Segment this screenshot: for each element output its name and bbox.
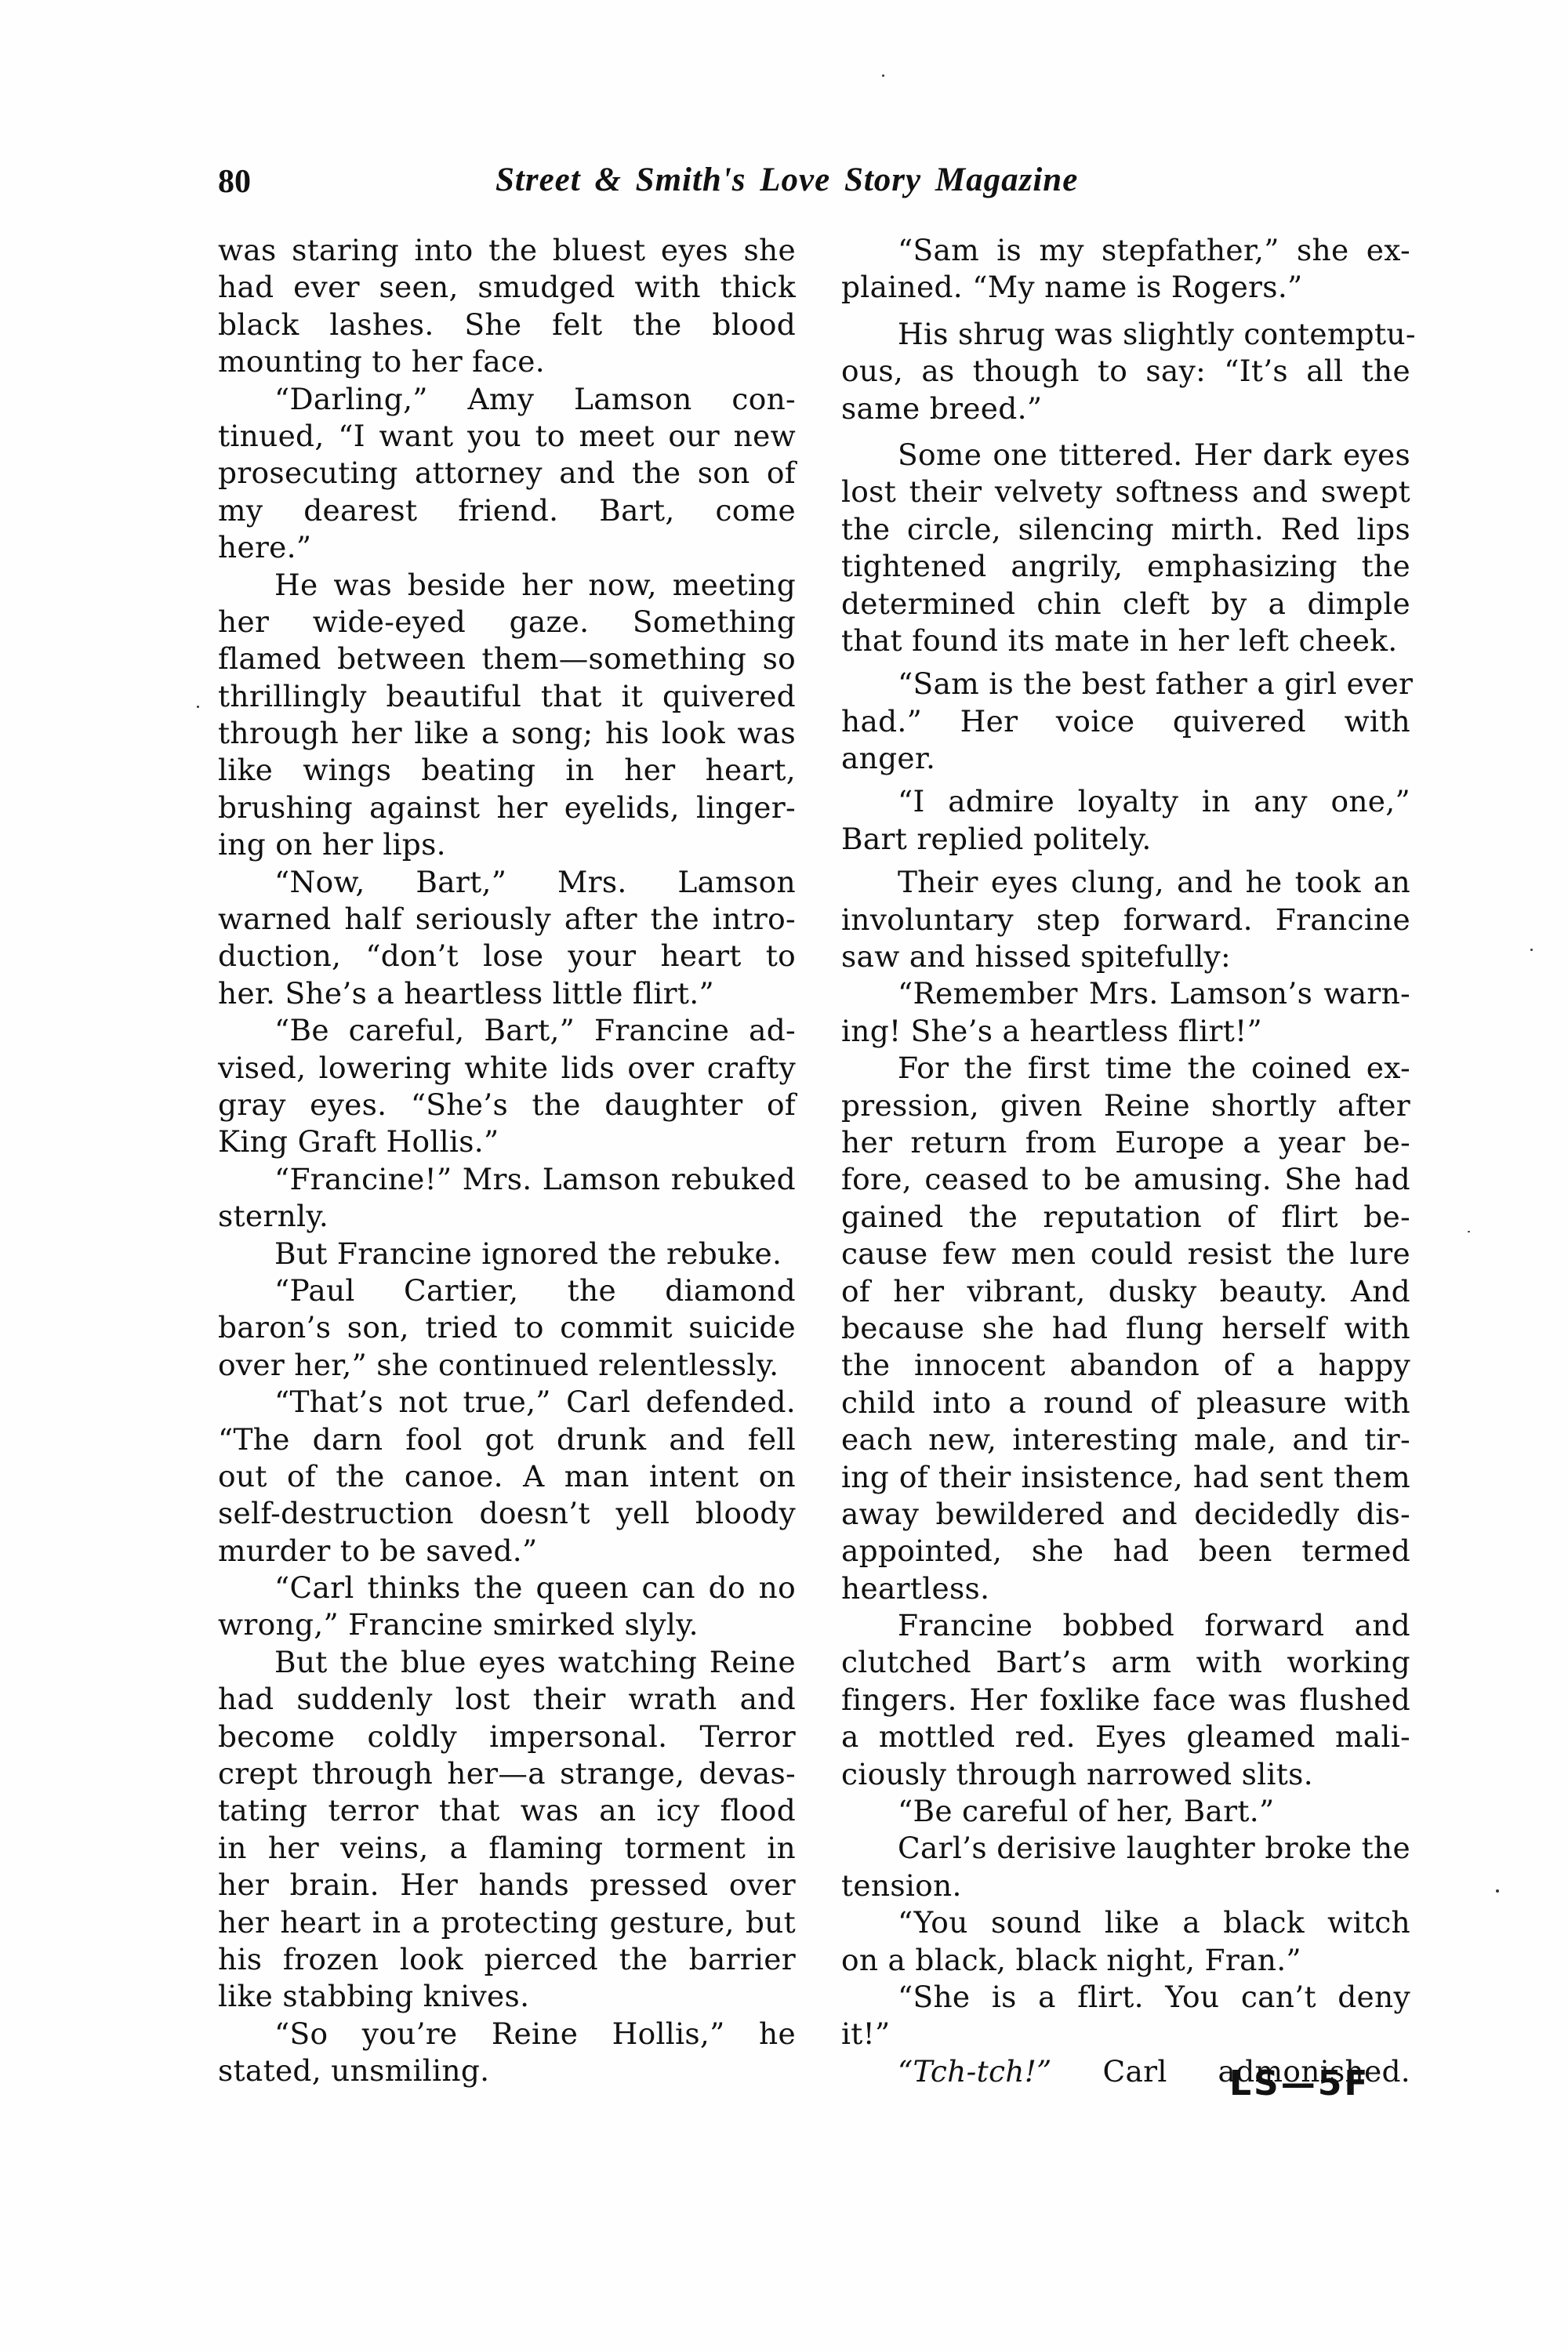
text-line: thrillingly beautiful that it quivered — [218, 678, 796, 715]
paragraph: But Francine ignored the rebuke. — [218, 1236, 796, 1272]
text-line: But the blue eyes watching Reine — [218, 1644, 796, 1681]
scan-speck — [1468, 1231, 1470, 1232]
text-line: my dearest friend. Bart, come — [218, 492, 796, 529]
text-line: “Darling,” Amy Lamson con- — [218, 381, 796, 418]
paragraph: “You sound like a black witch on a black… — [841, 1904, 1410, 1979]
paragraph: But the blue eyes watching Reine had sud… — [218, 1644, 796, 2016]
text-line: in her veins, a flaming torment in — [218, 1830, 796, 1867]
paragraph: “Paul Cartier, the diamond baron’s son, … — [218, 1272, 796, 1384]
text-line: “So you’re Reine Hollis,” he — [218, 2016, 796, 2053]
paragraph: “Francine!” Mrs. Lamson rebuked sternly. — [218, 1161, 796, 1236]
text-line: Carl’s derisive laughter broke the — [841, 1830, 1410, 1867]
text-line: mounting to her face. — [218, 343, 796, 380]
text-line: her return from Europe a year be- — [841, 1124, 1410, 1161]
scan-speck — [1496, 1889, 1499, 1893]
text-line: Some one tittered. Her dark eyes — [841, 437, 1410, 474]
text-line: become coldly impersonal. Terror — [218, 1719, 796, 1755]
left-column: was staring into the bluest eyes she had… — [218, 232, 796, 2090]
text-line: warned half seriously after the intro- — [218, 901, 796, 938]
paragraph: “I admire loyalty in any one,” Bart repl… — [841, 783, 1410, 858]
text-line: the circle, silencing mirth. Red lips — [841, 511, 1410, 548]
text-line: murder to be saved.” — [218, 1533, 796, 1570]
text-line: vised, lowering white lids over crafty — [218, 1050, 796, 1087]
text-line: “You sound like a black witch — [841, 1904, 1410, 1941]
text-line: on a black, black night, Fran.” — [841, 1942, 1410, 1979]
italic-exclamation: “Tch-tch!” — [898, 2054, 1052, 2089]
text-line: “Sam is my stepfather,” she ex- — [841, 232, 1410, 269]
paragraph: “So you’re Reine Hollis,” he stated, uns… — [218, 2016, 796, 2090]
text-line: brushing against her eyelids, linger- — [218, 789, 796, 826]
text-line: pression, given Reine shortly after — [841, 1087, 1410, 1124]
text-line: was staring into the bluest eyes she — [218, 232, 796, 269]
text-line: “Carl thinks the queen can do no — [218, 1570, 796, 1606]
text-line: prosecuting attorney and the son of — [218, 455, 796, 492]
text-line: “Be careful of her, Bart.” — [841, 1793, 1410, 1830]
text-line: anger. — [841, 740, 1410, 777]
text-line: a mottled red. Eyes gleamed mali- — [841, 1719, 1410, 1755]
text-line: had suddenly lost their wrath and — [218, 1681, 796, 1718]
paragraph: “That’s not true,” Carl defended. “The d… — [218, 1384, 796, 1570]
text-line: of her vibrant, dusky beauty. And — [841, 1273, 1410, 1310]
text-line: heartless. — [841, 1570, 1410, 1607]
text-line: King Graft Hollis.” — [218, 1123, 796, 1160]
paragraph: “Sam is the best father a girl ever had.… — [841, 666, 1410, 777]
paragraph: “Sam is my stepfather,” she ex- plained.… — [841, 232, 1410, 307]
text-line: He was beside her now, meeting — [218, 567, 796, 604]
text-line: her brain. Her hands pressed over — [218, 1867, 796, 1904]
signature-mark: LS—5F — [1229, 2067, 1370, 2101]
scan-speck — [1530, 949, 1533, 951]
text-line: “Now, Bart,” Mrs. Lamson — [218, 864, 796, 901]
paragraph: “Be careful of her, Bart.” — [841, 1793, 1410, 1830]
text-line: involuntary step forward. Francine — [841, 902, 1410, 938]
text-line: “Be careful, Bart,” Francine ad- — [218, 1012, 796, 1049]
text-line: cause few men could resist the lure — [841, 1236, 1410, 1272]
paragraph: For the first time the coined ex- pressi… — [841, 1050, 1410, 1607]
paragraph: Their eyes clung, and he took an involun… — [841, 864, 1410, 975]
text-line: saw and hissed spitefully: — [841, 938, 1410, 975]
paragraph: was staring into the bluest eyes she had… — [218, 232, 796, 381]
text-line: Their eyes clung, and he took an — [841, 864, 1410, 901]
text-line: Bart replied politely. — [841, 821, 1410, 858]
text-line: “Remember Mrs. Lamson’s warn- — [841, 975, 1410, 1012]
text-line: tating terror that was an icy flood — [218, 1792, 796, 1829]
text-line: here.” — [218, 529, 796, 566]
text-line: over her,” she continued relentlessly. — [218, 1347, 796, 1384]
text-line: ous, as though to say: “It’s all the — [841, 353, 1410, 390]
page-number: 80 — [218, 163, 251, 201]
text-line: same breed.” — [841, 390, 1410, 427]
text-line: Francine bobbed forward and — [841, 1607, 1410, 1644]
scan-speck — [197, 706, 199, 708]
text-line: black lashes. She felt the blood — [218, 307, 796, 343]
paragraph: “Darling,” Amy Lamson con- tinued, “I wa… — [218, 381, 796, 567]
text-line: “She is a flirt. You can’t deny — [841, 1979, 1410, 2016]
text-line: duction, “don’t lose your heart to — [218, 938, 796, 975]
text-line: gray eyes. “She’s the daughter of — [218, 1087, 796, 1123]
text-line: like wings beating in her heart, — [218, 752, 796, 789]
text-line: tension. — [841, 1867, 1410, 1904]
paragraph: “Remember Mrs. Lamson’s warn- ing! She’s… — [841, 975, 1410, 1050]
magazine-page: 80 Street & Smith's Love Story Magazine … — [0, 0, 1568, 2352]
text-line: plained. “My name is Rogers.” — [841, 269, 1410, 306]
text-line: tightened angrily, emphasizing the — [841, 548, 1410, 585]
paragraph: “She is a flirt. You can’t deny it!” — [841, 1979, 1410, 2053]
text-line: away bewildered and decidedly dis- — [841, 1496, 1410, 1533]
text-line: “I admire loyalty in any one,” — [841, 783, 1410, 820]
paragraph: Carl’s derisive laughter broke the tensi… — [841, 1830, 1410, 1904]
paragraph: He was beside her now, meeting her wide-… — [218, 567, 796, 864]
paragraph: His shrug was slightly contemptu- ous, a… — [841, 316, 1410, 427]
text-line: fingers. Her foxlike face was flushed — [841, 1682, 1410, 1719]
text-line: her. She’s a heartless little flirt.” — [218, 975, 796, 1012]
text-line: the innocent abandon of a happy — [841, 1347, 1410, 1384]
text-line: had.” Her voice quivered with — [841, 703, 1410, 740]
running-title: Street & Smith's Love Story Magazine — [495, 162, 1134, 199]
text-line: “The darn fool got drunk and fell — [218, 1421, 796, 1458]
text-line: his frozen look pierced the barrier — [218, 1941, 796, 1978]
paragraph: Francine bobbed forward and clutched Bar… — [841, 1607, 1410, 1793]
text-line: tinued, “I want you to meet our new — [218, 418, 796, 455]
text-line: ing! She’s a heartless flirt!” — [841, 1013, 1410, 1050]
text-line: ing on her lips. — [218, 826, 796, 863]
paragraph: Some one tittered. Her dark eyes lost th… — [841, 437, 1410, 659]
text-line: out of the canoe. A man intent on — [218, 1458, 796, 1495]
text-line: “Paul Cartier, the diamond — [218, 1272, 796, 1309]
text-line: flamed between them—something so — [218, 641, 796, 677]
text-line: stated, unsmiling. — [218, 2053, 796, 2089]
text-line: crept through her—a strange, devas- — [218, 1755, 796, 1792]
text-line: “That’s not true,” Carl defended. — [218, 1384, 796, 1421]
text-line: But Francine ignored the rebuke. — [218, 1236, 796, 1272]
text-line: it!” — [841, 2016, 1410, 2053]
paragraph: “Be careful, Bart,” Francine ad- vised, … — [218, 1012, 796, 1161]
text-line: like stabbing knives. — [218, 1978, 796, 2015]
text-line: had ever seen, smudged with thick — [218, 269, 796, 306]
text-line: baron’s son, tried to commit suicide — [218, 1309, 796, 1346]
text-line: His shrug was slightly contemptu- — [841, 316, 1410, 353]
text-line: ciously through narrowed slits. — [841, 1756, 1410, 1793]
text-line: lost their velvety softness and swept — [841, 474, 1410, 510]
text-line: her wide-eyed gaze. Something — [218, 604, 796, 641]
paragraph: “Now, Bart,” Mrs. Lamson warned half ser… — [218, 864, 796, 1013]
text-line: “Francine!” Mrs. Lamson rebuked — [218, 1161, 796, 1198]
text-line: that found its mate in her left cheek. — [841, 622, 1410, 659]
text-line: her heart in a protecting gesture, but — [218, 1904, 796, 1941]
text-line: “Sam is the best father a girl ever — [841, 666, 1410, 702]
text-line: fore, ceased to be amusing. She had — [841, 1161, 1410, 1198]
text-line: determined chin cleft by a dimple — [841, 586, 1410, 622]
text-line: through her like a song; his look was — [218, 715, 796, 752]
text-line: sternly. — [218, 1198, 796, 1235]
text-line: self-destruction doesn’t yell bloody — [218, 1495, 796, 1532]
right-column: “Sam is my stepfather,” she ex- plained.… — [841, 232, 1410, 2090]
text-line: appointed, she had been termed — [841, 1533, 1410, 1570]
text-line: ing of their insistence, had sent them — [841, 1459, 1410, 1496]
text-line: For the first time the coined ex- — [841, 1050, 1410, 1087]
paragraph: “Carl thinks the queen can do no wrong,”… — [218, 1570, 796, 1644]
text-line: wrong,” Francine smirked slyly. — [218, 1606, 796, 1643]
scan-speck — [882, 74, 884, 77]
text-line: because she had flung herself with — [841, 1310, 1410, 1347]
text-line: child into a round of pleasure with — [841, 1385, 1410, 1421]
text-line: each new, interesting male, and tir- — [841, 1421, 1410, 1458]
text-line: gained the reputation of flirt be- — [841, 1199, 1410, 1236]
text-line: clutched Bart’s arm with working — [841, 1644, 1410, 1681]
